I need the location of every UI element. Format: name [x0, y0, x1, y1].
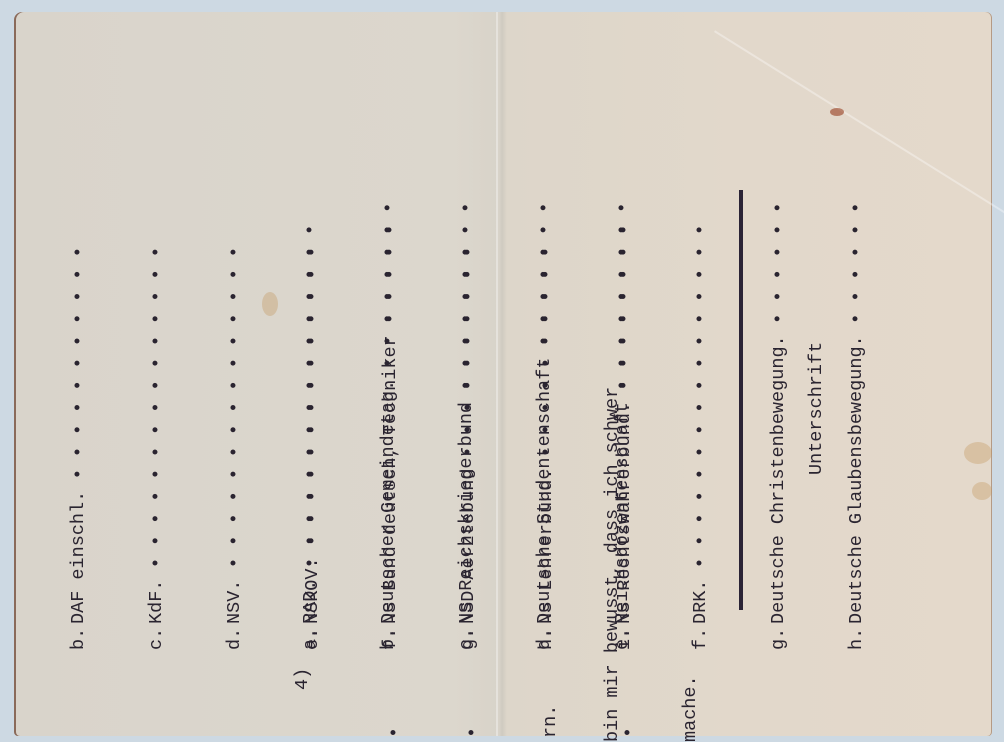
item-label: DAF einschl. — [66, 491, 92, 624]
dot-leader: • • • • • • • • • — [454, 202, 480, 402]
item-label: Deutscher Gemeindetag. — [376, 380, 402, 624]
stain — [964, 442, 992, 464]
dot-leader: • • • • • • • • • • • • • • • • — [298, 224, 324, 579]
signature-line — [739, 190, 743, 610]
dot-leader: • • • • • • • • — [376, 202, 402, 380]
list-item: b.DAF einschl. • • • • • • • • • • • — [66, 224, 92, 650]
list-item: b.Deutscher Gemeindetag. • • • • • • • • — [376, 202, 402, 650]
section-number: 4) — [290, 668, 316, 690]
dot-leader: • • • • • • • • • • • • • • • — [222, 247, 248, 580]
item-label: RAD. — [298, 580, 324, 624]
dot-leader: • • • • • • • • • • • — [66, 247, 92, 491]
item-letter: a. — [298, 624, 324, 650]
dot-leader: • • • • • • • — [532, 202, 558, 357]
item-letter: d. — [222, 624, 248, 650]
list-item: c.KdF. • • • • • • • • • • • • • • • — [144, 224, 170, 650]
item-label: NSV. — [222, 580, 248, 624]
dot-leader: • • • • • • — [766, 202, 792, 335]
dot-leader: • • • • • • • • • • • • • • • — [144, 247, 170, 580]
item-letter: c. — [454, 624, 480, 650]
item-letter: c. — [144, 624, 170, 650]
fragment: • — [460, 727, 486, 738]
declaration-line-1: bin mir bewusst, dass ich schwer — [600, 387, 626, 742]
item-letter: g. — [766, 624, 792, 650]
stain — [972, 482, 992, 500]
item-letter: b. — [66, 624, 92, 650]
dot-leader: • • • • • • • • • — [610, 202, 636, 402]
item-label: NS Reichskriegerbund — [454, 402, 480, 624]
signature-label-block: Unterschrift — [752, 342, 856, 475]
list-item: c.NS Reichskriegerbund • • • • • • • • • — [454, 202, 480, 650]
declaration-text: bin mir bewusst, dass ich schwer mache. — [548, 387, 730, 742]
item-label: KdF. — [144, 580, 170, 624]
signature-label: Unterschrift — [804, 342, 830, 475]
list-item: d.NSV. • • • • • • • • • • • • • • • — [222, 224, 248, 650]
item-letter: h. — [844, 624, 870, 650]
declaration-line-2: mache. — [678, 675, 704, 742]
fragment: • — [382, 727, 408, 738]
section-4-number: 4) — [238, 668, 342, 690]
ink-mark — [830, 108, 844, 116]
list-item: a.RAD. • • • • • • • • • • • • • • • • — [298, 202, 324, 650]
item-letter: b. — [376, 624, 402, 650]
dot-leader: • • • • • • — [844, 202, 870, 335]
